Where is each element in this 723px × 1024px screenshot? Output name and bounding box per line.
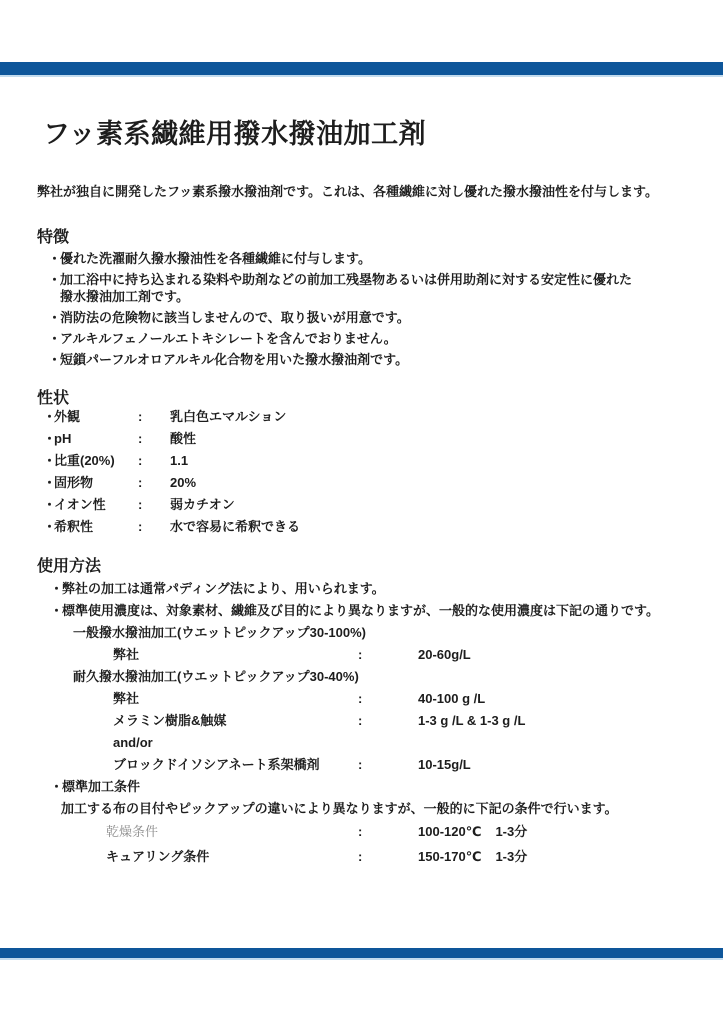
colon-separator: : bbox=[138, 408, 170, 425]
bullet-glyph: ・ bbox=[43, 408, 54, 425]
feature-item: ・ 消防法の危険物に該当しませんので、取り扱いが用意です。 bbox=[48, 309, 703, 326]
property-value: 酸性 bbox=[170, 430, 196, 447]
condition-label: キュアリング条件 bbox=[106, 848, 358, 865]
property-row: ・希釈性 : 水で容易に希釈できる bbox=[43, 518, 723, 535]
property-label: ・希釈性 bbox=[43, 518, 138, 535]
colon-separator: : bbox=[138, 430, 170, 447]
bullet-glyph: ・ bbox=[43, 474, 54, 491]
colon-separator: : bbox=[358, 756, 418, 773]
property-label: ・比重(20%) bbox=[43, 452, 138, 469]
colon-separator: : bbox=[138, 496, 170, 513]
property-label-text: 比重(20%) bbox=[54, 452, 115, 469]
dose-value: 1-3 g /L & 1-3 g /L bbox=[418, 712, 525, 729]
property-row: ・外観 : 乳白色エマルション bbox=[43, 408, 723, 425]
dose-row: メラミン樹脂&触媒 : 1-3 g /L & 1-3 g /L bbox=[113, 712, 723, 729]
property-label: ・pH bbox=[43, 430, 138, 447]
durable-treatment-title: 耐久撥水撥油加工(ウエットピックアップ30-40%) bbox=[73, 668, 723, 685]
property-row: ・固形物 : 20% bbox=[43, 474, 723, 491]
usage-bullet-text: 標準使用濃度は、対象素材、繊維及び目的により異なりますが、一般的な使用濃度は下記… bbox=[62, 602, 659, 619]
property-label-text: 外観 bbox=[54, 408, 80, 425]
properties-list: ・外観 : 乳白色エマルション ・pH : 酸性 ・比重(20%) : 1.1 … bbox=[0, 408, 723, 535]
conditions-note: 加工する布の目付やピックアップの違いにより異なりますが、一般的に下記の条件で行い… bbox=[61, 800, 703, 817]
property-value: 20% bbox=[170, 474, 196, 491]
colon-separator: : bbox=[358, 823, 418, 840]
general-treatment-title: 一般撥水撥油加工(ウエットピックアップ30-100%) bbox=[73, 624, 723, 641]
property-value: 1.1 bbox=[170, 452, 188, 469]
property-row: ・イオン性 : 弱カチオン bbox=[43, 496, 723, 513]
property-label-text: イオン性 bbox=[54, 496, 106, 513]
property-label-text: pH bbox=[54, 430, 71, 447]
dose-value: 10-15g/L bbox=[418, 756, 471, 773]
dose-row: 弊社 : 40-100 g /L bbox=[113, 690, 723, 707]
property-label-text: 固形物 bbox=[54, 474, 93, 491]
conditions-bullet-text: 標準加工条件 bbox=[62, 778, 140, 795]
feature-item: ・ 優れた洗濯耐久撥水撥油性を各種繊維に付与します。 bbox=[48, 250, 703, 267]
feature-item-continuation: 撥水撥油加工剤です。 bbox=[60, 288, 703, 305]
feature-text: 撥水撥油加工剤です。 bbox=[60, 288, 189, 305]
dose-label: 弊社 bbox=[113, 646, 358, 663]
property-label: ・イオン性 bbox=[43, 496, 138, 513]
bullet-glyph: ・ bbox=[48, 351, 60, 368]
usage-bullet-item: ・ 弊社の加工は通常パディング法により、用いられます。 bbox=[50, 580, 703, 597]
bottom-accent-bar bbox=[0, 948, 723, 960]
condition-temperature: 100-120℃ bbox=[418, 823, 481, 840]
bullet-glyph: ・ bbox=[48, 271, 60, 288]
property-row: ・比重(20%) : 1.1 bbox=[43, 452, 723, 469]
document-content: フッ素系繊維用撥水撥油加工剤 弊社が独自に開発したフッ素系撥水撥油剤です。これは… bbox=[0, 0, 723, 865]
bullet-glyph: ・ bbox=[43, 518, 54, 535]
colon-separator: : bbox=[358, 712, 418, 729]
usage-bullet-item: ・ 標準使用濃度は、対象素材、繊維及び目的により異なりますが、一般的な使用濃度は… bbox=[50, 602, 703, 619]
condition-row: 乾燥条件 : 100-120℃ 1-3分 bbox=[106, 823, 723, 840]
property-value: 水で容易に希釈できる bbox=[170, 518, 300, 535]
bullet-glyph: ・ bbox=[48, 309, 60, 326]
bullet-glyph: ・ bbox=[48, 250, 60, 267]
bullet-glyph: ・ bbox=[43, 496, 54, 513]
bullet-glyph: ・ bbox=[43, 430, 54, 447]
property-label: ・固形物 bbox=[43, 474, 138, 491]
condition-time: 1-3分 bbox=[495, 848, 527, 865]
bullet-glyph: ・ bbox=[50, 602, 62, 619]
condition-label: 乾燥条件 bbox=[106, 823, 358, 840]
properties-heading: 性状 bbox=[37, 390, 723, 408]
condition-row: キュアリング条件 : 150-170℃ 1-3分 bbox=[106, 848, 723, 865]
feature-item: ・ 短鎖パーフルオロアルキル化合物を用いた撥水撥油剤です。 bbox=[48, 351, 703, 368]
property-row: ・pH : 酸性 bbox=[43, 430, 723, 447]
property-label-text: 希釈性 bbox=[54, 518, 93, 535]
colon-separator: : bbox=[358, 646, 418, 663]
colon-separator: : bbox=[138, 518, 170, 535]
datasheet-page: フッ素系繊維用撥水撥油加工剤 弊社が独自に開発したフッ素系撥水撥油剤です。これは… bbox=[0, 0, 723, 1024]
condition-temperature: 150-170℃ bbox=[418, 848, 481, 865]
colon-separator: : bbox=[138, 452, 170, 469]
colon-separator: : bbox=[138, 474, 170, 491]
dose-label: 弊社 bbox=[113, 690, 358, 707]
usage-heading: 使用方法 bbox=[37, 558, 723, 576]
page-title: フッ素系繊維用撥水撥油加工剤 bbox=[43, 118, 693, 151]
bullet-glyph: ・ bbox=[48, 330, 60, 347]
dose-value: 40-100 g /L bbox=[418, 690, 485, 707]
property-value: 弱カチオン bbox=[170, 496, 235, 513]
dose-label: メラミン樹脂&触媒 bbox=[113, 712, 358, 729]
usage-section: ・ 弊社の加工は通常パディング法により、用いられます。 ・ 標準使用濃度は、対象… bbox=[0, 580, 723, 865]
conditions-bullet-item: ・ 標準加工条件 bbox=[50, 778, 703, 795]
feature-text: 優れた洗濯耐久撥水撥油性を各種繊維に付与します。 bbox=[60, 250, 371, 267]
feature-text: 短鎖パーフルオロアルキル化合物を用いた撥水撥油剤です。 bbox=[60, 351, 408, 368]
property-label: ・外観 bbox=[43, 408, 138, 425]
property-value: 乳白色エマルション bbox=[170, 408, 286, 425]
bullet-glyph: ・ bbox=[50, 580, 62, 597]
dose-row: 弊社 : 20-60g/L bbox=[113, 646, 723, 663]
dose-row: ブロックドイソシアネート系架橋剤 : 10-15g/L bbox=[113, 756, 723, 773]
features-list: ・ 優れた洗濯耐久撥水撥油性を各種繊維に付与します。 ・ 加工浴中に持ち込まれる… bbox=[0, 250, 723, 368]
feature-text: アルキルフェノールエトキシレートを含んでおりません。 bbox=[60, 330, 397, 347]
feature-text: 消防法の危険物に該当しませんので、取り扱いが用意です。 bbox=[60, 309, 410, 326]
dose-value: 20-60g/L bbox=[418, 646, 471, 663]
features-heading: 特徴 bbox=[37, 228, 723, 247]
usage-bullet-text: 弊社の加工は通常パディング法により、用いられます。 bbox=[62, 580, 385, 597]
dose-label: ブロックドイソシアネート系架橋剤 bbox=[113, 756, 358, 773]
and-or-text: and/or bbox=[113, 734, 723, 751]
intro-paragraph: 弊社が独自に開発したフッ素系撥水撥油剤です。これは、各種繊維に対し優れた撥水撥油… bbox=[37, 183, 695, 200]
bullet-glyph: ・ bbox=[43, 452, 54, 469]
feature-item: ・ 加工浴中に持ち込まれる染料や助剤などの前加工残塁物あるいは併用助剤に対する安… bbox=[48, 271, 703, 288]
colon-separator: : bbox=[358, 848, 418, 865]
condition-time: 1-3分 bbox=[495, 823, 527, 840]
feature-item: ・ アルキルフェノールエトキシレートを含んでおりません。 bbox=[48, 330, 703, 347]
colon-separator: : bbox=[358, 690, 418, 707]
bullet-glyph: ・ bbox=[50, 778, 62, 795]
feature-text: 加工浴中に持ち込まれる染料や助剤などの前加工残塁物あるいは併用助剤に対する安定性… bbox=[60, 271, 632, 288]
